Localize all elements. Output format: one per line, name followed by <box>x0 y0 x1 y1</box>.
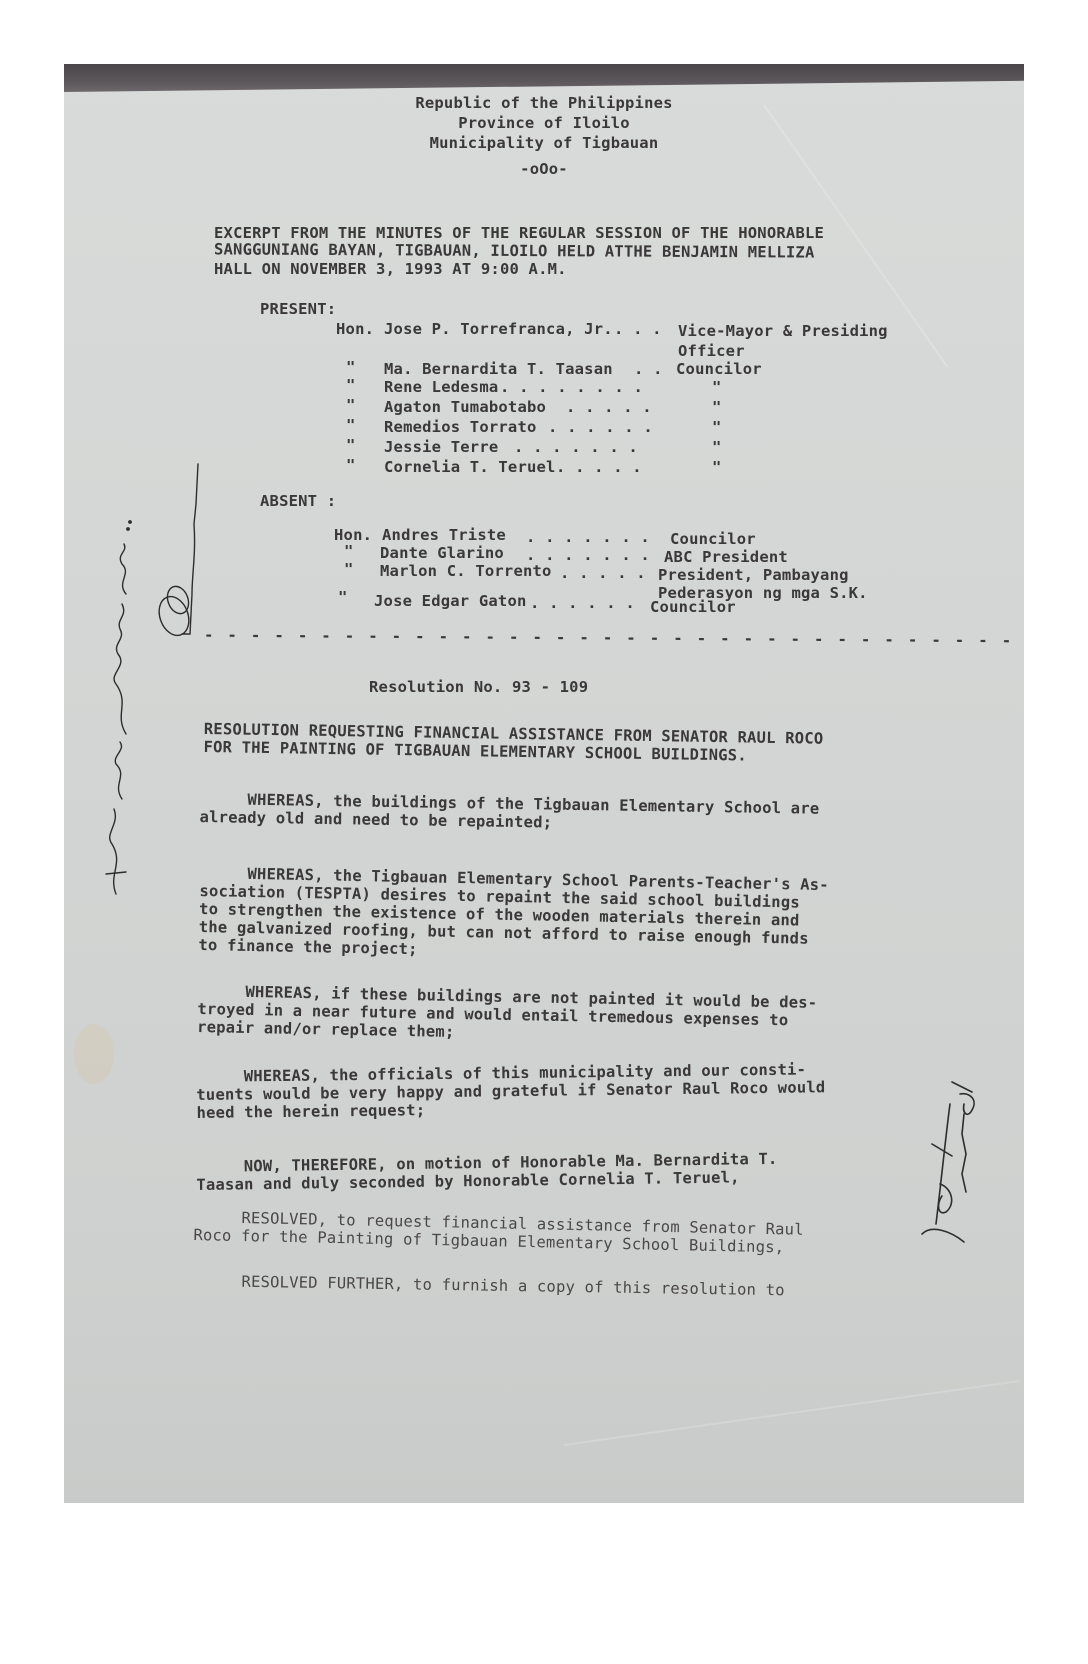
member-prefix: " <box>346 376 356 394</box>
paragraph-line: to finance the project; <box>198 936 418 958</box>
right-margin-signature <box>912 1074 992 1254</box>
member-name: Rene Ledesma <box>384 378 498 396</box>
member-prefix: " <box>346 358 356 376</box>
member-name: Marlon C. Torrento <box>380 562 552 580</box>
member-leader: . . . . . . . <box>526 528 650 546</box>
document-photo: Republic of the Philippines Province of … <box>64 64 1024 1503</box>
excerpt-line: SANGGUNIANG BAYAN, TIGBAUAN, ILOILO HELD… <box>214 240 815 261</box>
member-position: Councilor <box>670 530 756 548</box>
member-position: " <box>712 398 722 416</box>
paragraph-line: heed the herein request; <box>196 1101 425 1122</box>
section-separator: - - - - - - - - - - - - - - - - - - - - … <box>204 626 1024 650</box>
paragraph-line: repair and/or replace them; <box>197 1018 455 1041</box>
member-name: Agaton Tumabotabo <box>384 398 546 416</box>
member-leader: . . . . . <box>556 458 642 476</box>
member-position: Vice-Mayor & Presiding <box>678 322 888 340</box>
member-leader: . . . . . . <box>548 418 653 436</box>
paragraph-line: RESOLVED FURTHER, to furnish a copy of t… <box>194 1272 785 1299</box>
header-republic: Republic of the Philippines <box>64 94 1024 112</box>
member-leader: . . <box>634 360 663 378</box>
member-name: Cornelia T. Teruel <box>384 458 556 476</box>
member-name: Ma. Bernardita T. Taasan <box>384 360 613 378</box>
member-prefix: " <box>346 416 356 434</box>
member-position: " <box>712 458 722 476</box>
member-leader: . . . . . . <box>530 594 635 612</box>
member-leader: . . . <box>614 320 662 338</box>
member-prefix: " <box>344 542 354 560</box>
member-name: Jose P. Torrefranca, Jr. <box>384 320 613 338</box>
paper-crease <box>564 1380 1020 1446</box>
absent-label: ABSENT : <box>260 492 336 510</box>
member-prefix: " <box>344 560 354 578</box>
left-margin-handwriting <box>86 404 206 904</box>
header-ornament: -oOo- <box>64 160 1024 178</box>
member-prefix: " <box>346 436 356 454</box>
member-name: Jessie Terre <box>384 438 498 456</box>
member-position: Councilor <box>650 598 736 616</box>
member-leader: . . . . . . . . <box>500 378 643 396</box>
member-position: " <box>712 438 722 456</box>
member-name: Andres Triste <box>382 526 506 544</box>
member-name: Dante Glarino <box>380 544 504 562</box>
member-name: Remedios Torrato <box>384 418 537 436</box>
member-prefix: " <box>338 588 348 606</box>
member-prefix: " <box>346 456 356 474</box>
member-position: Councilor <box>676 360 762 378</box>
page-edge-shadow <box>64 64 1024 92</box>
header-province: Province of Iloilo <box>64 114 1024 132</box>
member-position: ABC President <box>664 548 788 566</box>
member-leader: . . . . . <box>566 398 652 416</box>
present-label: PRESENT: <box>260 300 336 318</box>
member-position: President, Pambayang <box>658 566 849 584</box>
member-leader: . . . . . . . <box>514 438 638 456</box>
member-position-cont: Officer <box>678 342 745 360</box>
member-name: Jose Edgar Gaton <box>374 592 527 610</box>
member-leader: . . . . . <box>560 564 646 582</box>
paper-stain <box>74 1024 114 1084</box>
excerpt-line: HALL ON NOVEMBER 3, 1993 AT 9:00 A.M. <box>214 260 567 278</box>
member-position: " <box>712 418 722 436</box>
member-prefix: Hon. <box>336 320 374 338</box>
member-position: " <box>712 378 722 396</box>
excerpt-line: EXCERPT FROM THE MINUTES OF THE REGULAR … <box>214 224 824 242</box>
resolution-number: Resolution No. 93 - 109 <box>369 678 588 696</box>
member-prefix: " <box>346 396 356 414</box>
header-municipality: Municipality of Tigbauan <box>64 134 1024 152</box>
